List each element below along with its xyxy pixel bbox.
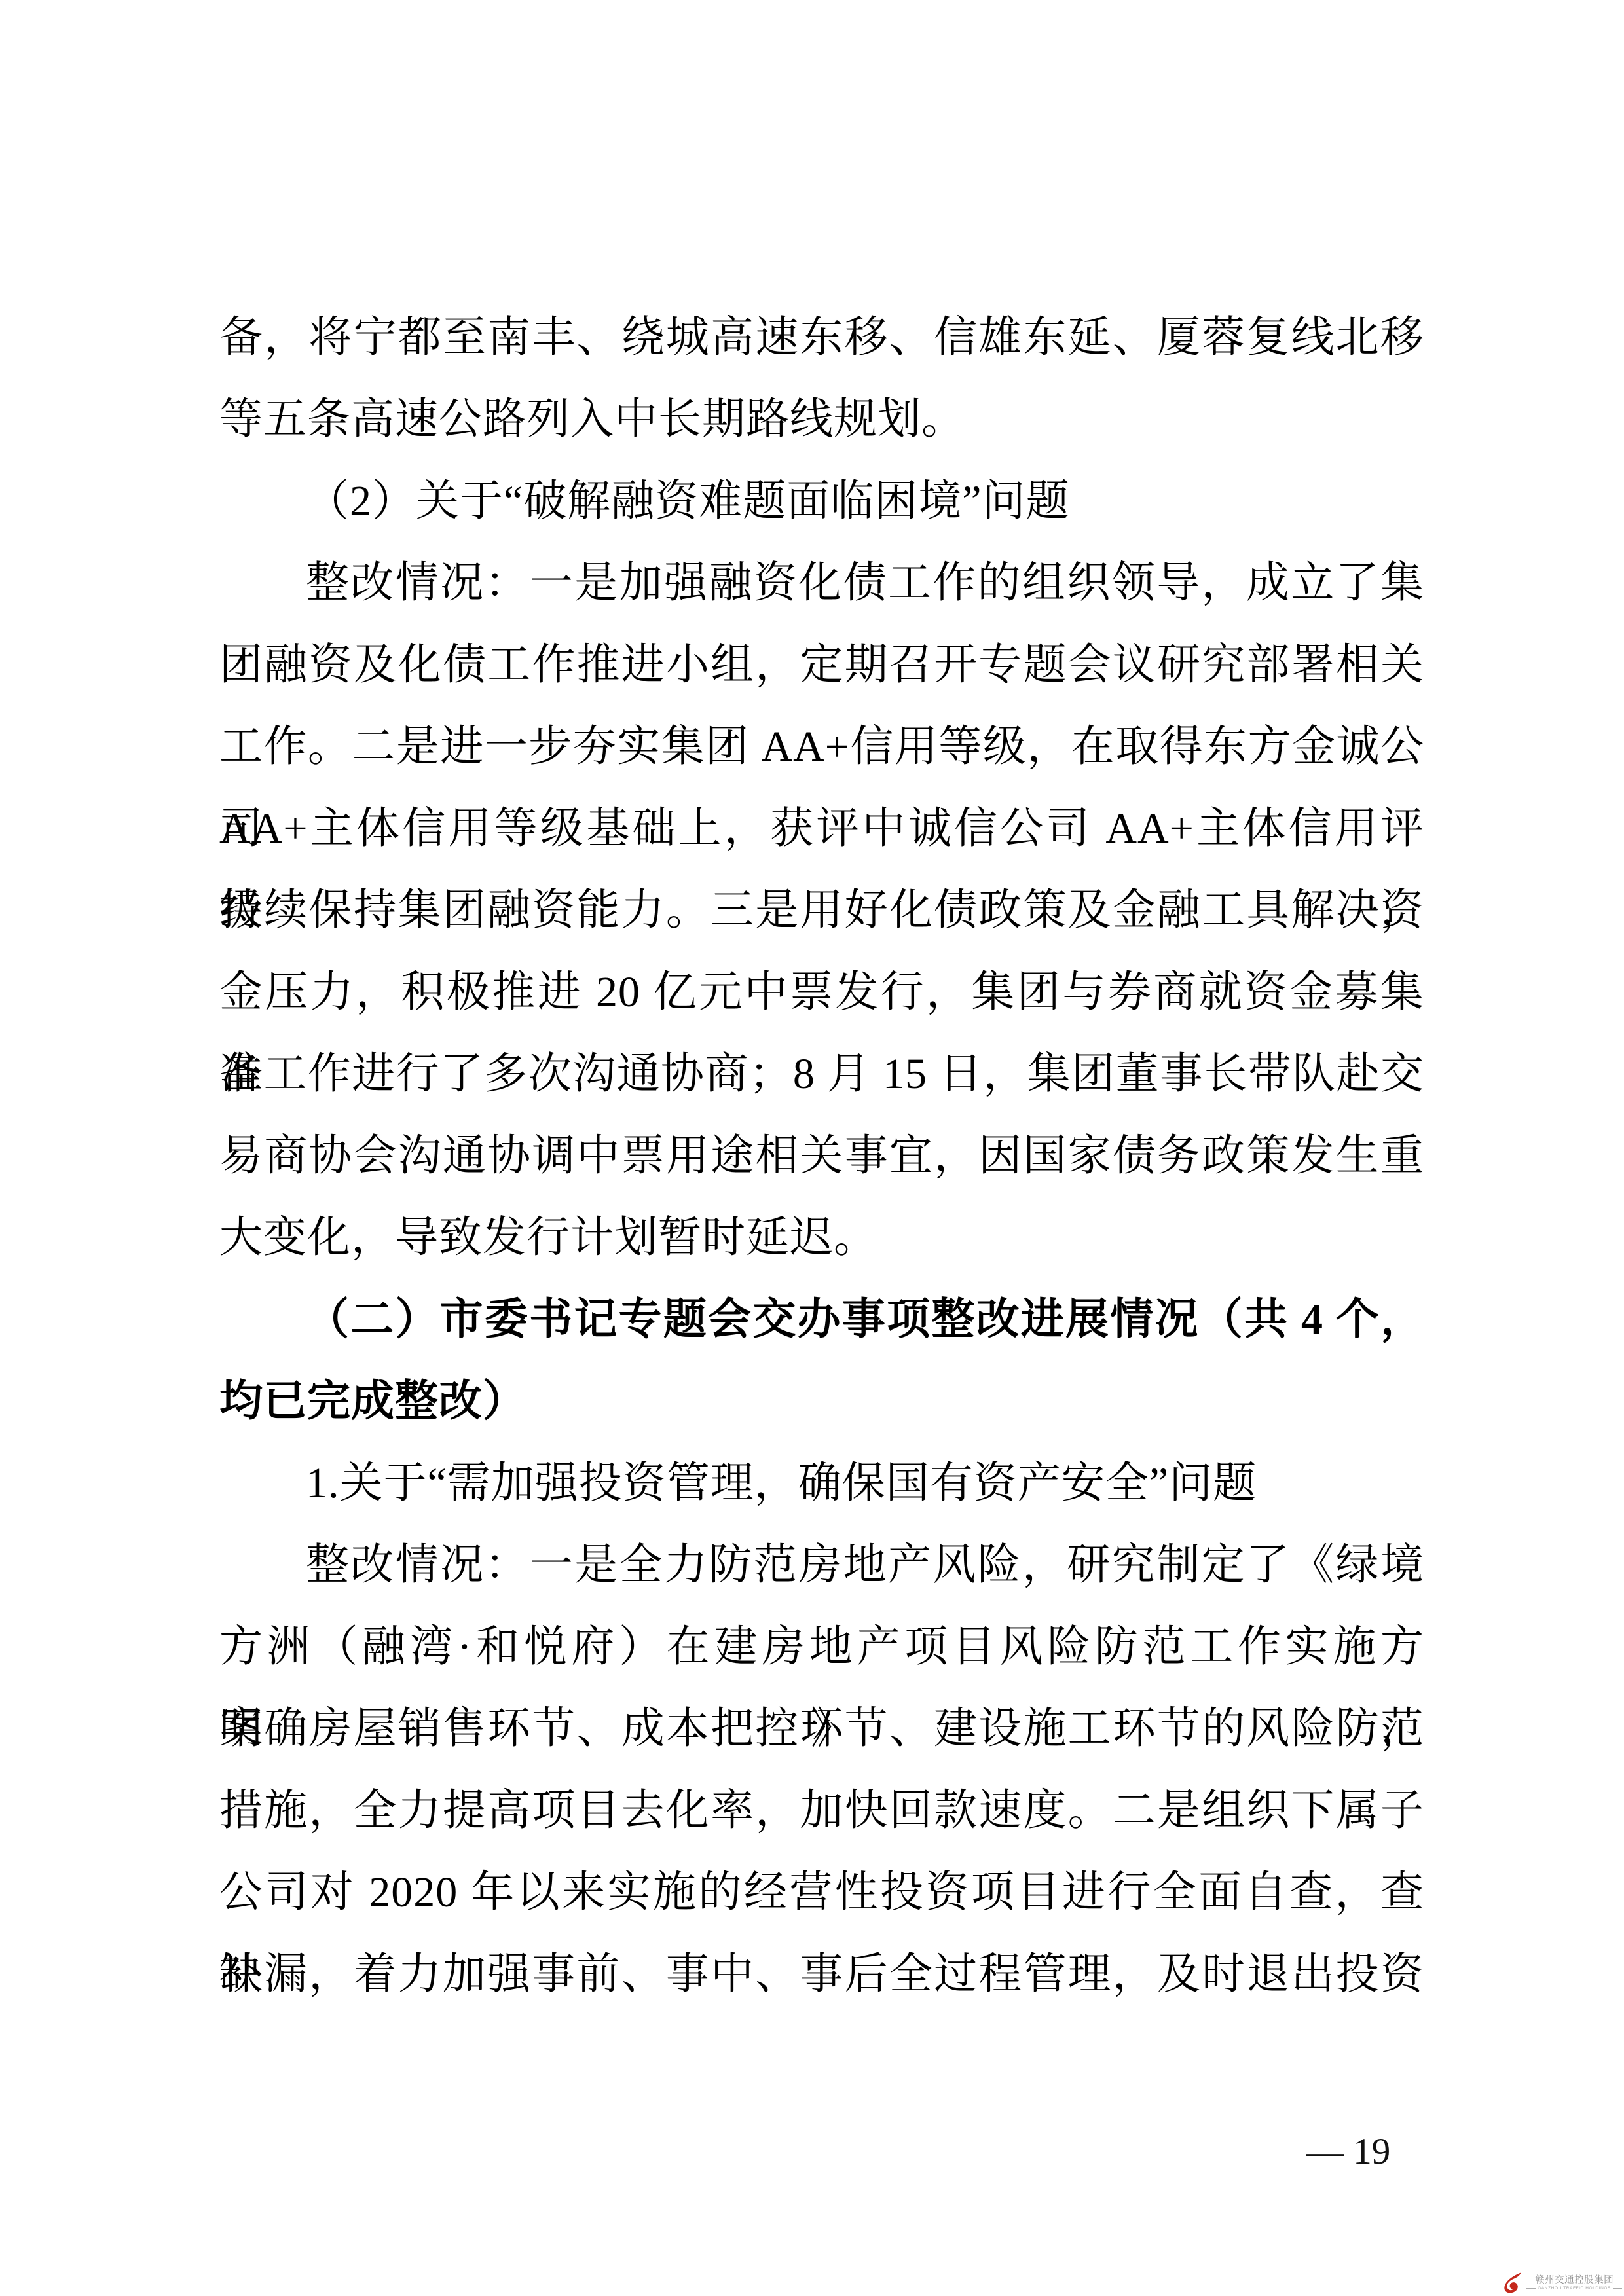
company-logo-subtitle: GANZHOU TRAFFIC HOLDINGS: [1526, 2286, 1622, 2291]
text-line: 备，将宁都至南丰、绕城高速东移、信雄东延、厦蓉复线北移: [219, 297, 1424, 378]
company-logo: 赣州交通控股集团 GANZHOU TRAFFIC HOLDINGS: [1502, 2272, 1622, 2293]
text-line: 补漏，着力加强事前、事中、事后全过程管理，及时退出投资: [219, 1933, 1424, 2015]
company-logo-name: 赣州交通控股集团: [1535, 2275, 1614, 2286]
text-line: 易商协会沟通协调中票用途相关事宜，因国家债务政策发生重: [219, 1115, 1424, 1197]
logo-rule-right: [1613, 2288, 1622, 2289]
text-line: 整改情况：一是全力防范房地产风险，研究制定了《绿境: [219, 1524, 1424, 1606]
text-line: 大变化，导致发行计划暂时延迟。: [219, 1197, 1424, 1279]
text-line: 工作。二是进一步夯实集团 AA+信用等级，在取得东方金诚公司: [219, 706, 1424, 788]
text-line: 持续保持集团融资能力。三是用好化债政策及金融工具解决资: [219, 869, 1424, 951]
text-line: AA+主体信用等级基础上，获评中诚信公司 AA+主体信用评级，: [219, 788, 1424, 869]
logo-rule-left: [1526, 2288, 1536, 2289]
company-logo-text: 赣州交通控股集团 GANZHOU TRAFFIC HOLDINGS: [1526, 2275, 1622, 2291]
text-line: 1.关于“需加强投资管理，确保国有资产安全”问题: [219, 1442, 1424, 1524]
text-line: 措施，全力提高项目去化率，加快回款速度。二是组织下属子: [219, 1770, 1424, 1851]
text-line: （2）关于“破解融资难题面临困境”问题: [219, 460, 1424, 542]
section-heading: 均已完成整改）: [219, 1360, 1424, 1442]
text-line: 明确房屋销售环节、成本把控环节、建设施工环节的风险防范: [219, 1688, 1424, 1770]
text-line: 备工作进行了多次沟通协商；8 月 15 日，集团董事长带队赴交: [219, 1033, 1424, 1115]
text-line: 团融资及化债工作推进小组，定期召开专题会议研究部署相关: [219, 624, 1424, 706]
text-line: 金压力，积极推进 20 亿元中票发行，集团与券商就资金募集准: [219, 951, 1424, 1033]
text-line: 方洲（融湾·和悦府）在建房地产项目风险防范工作实施方案》，: [219, 1606, 1424, 1688]
section-heading: （二）市委书记专题会交办事项整改进展情况（共 4 个，: [219, 1279, 1424, 1360]
company-logo-name-en: GANZHOU TRAFFIC HOLDINGS: [1538, 2286, 1611, 2291]
text-line: 整改情况：一是加强融资化债工作的组织领导，成立了集: [219, 542, 1424, 624]
text-line: 公司对 2020 年以来实施的经营性投资项目进行全面自查，查缺: [219, 1851, 1424, 1933]
document-page: 备，将宁都至南丰、绕城高速东移、信雄东延、厦蓉复线北移 等五条高速公路列入中长期…: [0, 0, 1624, 2296]
company-logo-swoosh-icon: [1502, 2272, 1522, 2293]
document-body: 备，将宁都至南丰、绕城高速东移、信雄东延、厦蓉复线北移 等五条高速公路列入中长期…: [219, 297, 1424, 2015]
text-line: 等五条高速公路列入中长期路线规划。: [219, 378, 1424, 460]
page-number: — 19: [1306, 2129, 1390, 2175]
